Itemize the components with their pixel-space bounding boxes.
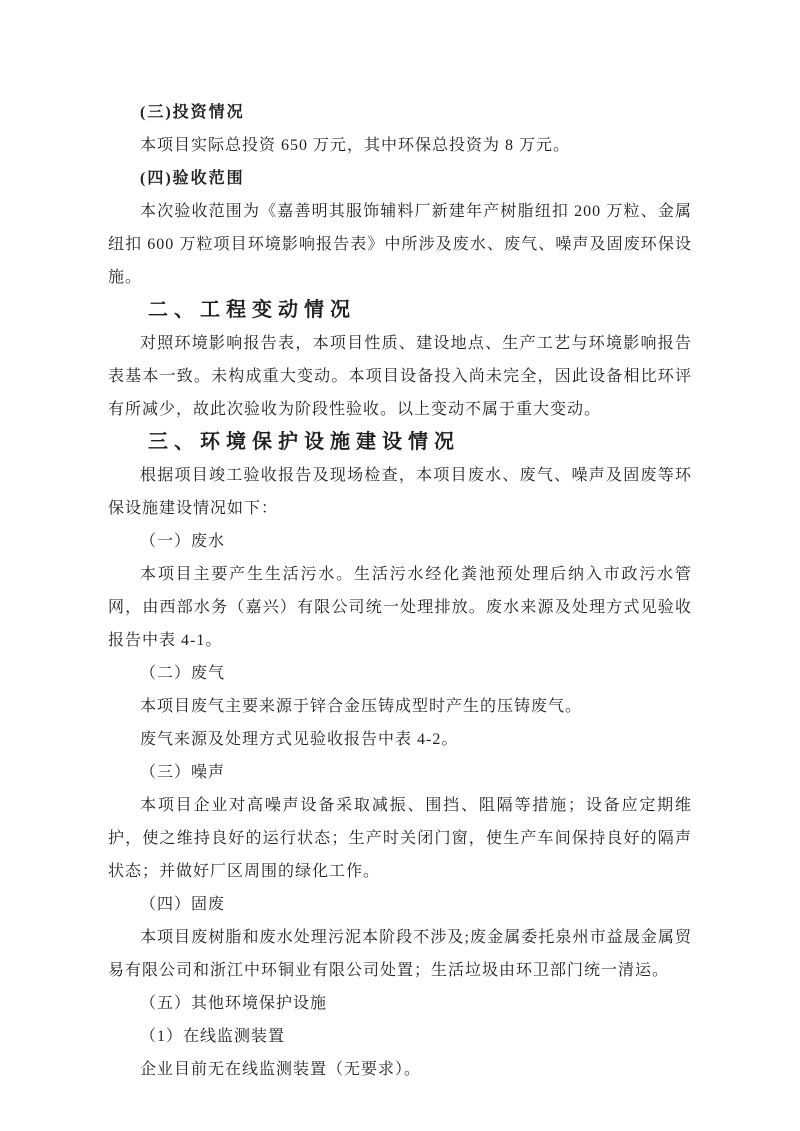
- subhead-noise: （三）噪声: [108, 756, 692, 789]
- document-page: (三)投资情况 本项目实际总投资 650 万元，其中环保总投资为 8 万元。 (…: [0, 0, 800, 1131]
- heading-acceptance-scope: (四)验收范围: [108, 162, 692, 195]
- subhead-online-monitoring: （1）在线监测装置: [108, 1020, 692, 1053]
- subhead-solid-waste: （四）固废: [108, 888, 692, 921]
- para-acceptance-scope: 本次验收范围为《嘉善明其服饰辅料厂新建年产树脂纽扣 200 万粒、金属纽扣 60…: [108, 195, 692, 294]
- para-project-changes: 对照环境影响报告表，本项目性质、建设地点、生产工艺与环境影响报告表基本一致。未构…: [108, 327, 692, 426]
- para-waste-gas-table-ref: 废气来源及处理方式见验收报告中表 4-2。: [108, 723, 692, 756]
- subhead-other-facilities: （五）其他环境保护设施: [108, 987, 692, 1020]
- subhead-waste-gas: （二）废气: [108, 657, 692, 690]
- para-wastewater: 本项目主要产生生活污水。生活污水经化粪池预处理后纳入市政污水管网，由西部水务（嘉…: [108, 558, 692, 657]
- subhead-wastewater: （一）废水: [108, 525, 692, 558]
- para-online-monitoring: 企业目前无在线监测装置（无要求）。: [108, 1053, 692, 1086]
- para-env-facilities-intro: 根据项目竣工验收报告及现场检查，本项目废水、废气、噪声及固废等环保设施建设情况如…: [108, 459, 692, 525]
- para-noise: 本项目企业对高噪声设备采取减振、围挡、阻隔等措施；设备应定期维护，使之维持良好的…: [108, 789, 692, 888]
- heading-section-3-env-facilities: 三、环境保护设施建设情况: [108, 426, 692, 459]
- heading-section-2-project-changes: 二、工程变动情况: [108, 294, 692, 327]
- para-waste-gas-source: 本项目废气主要来源于锌合金压铸成型时产生的压铸废气。: [108, 690, 692, 723]
- para-solid-waste: 本项目废树脂和废水处理污泥本阶段不涉及;废金属委托泉州市益晟金属贸易有限公司和浙…: [108, 921, 692, 987]
- para-investment: 本项目实际总投资 650 万元，其中环保总投资为 8 万元。: [108, 129, 692, 162]
- heading-investment: (三)投资情况: [108, 96, 692, 129]
